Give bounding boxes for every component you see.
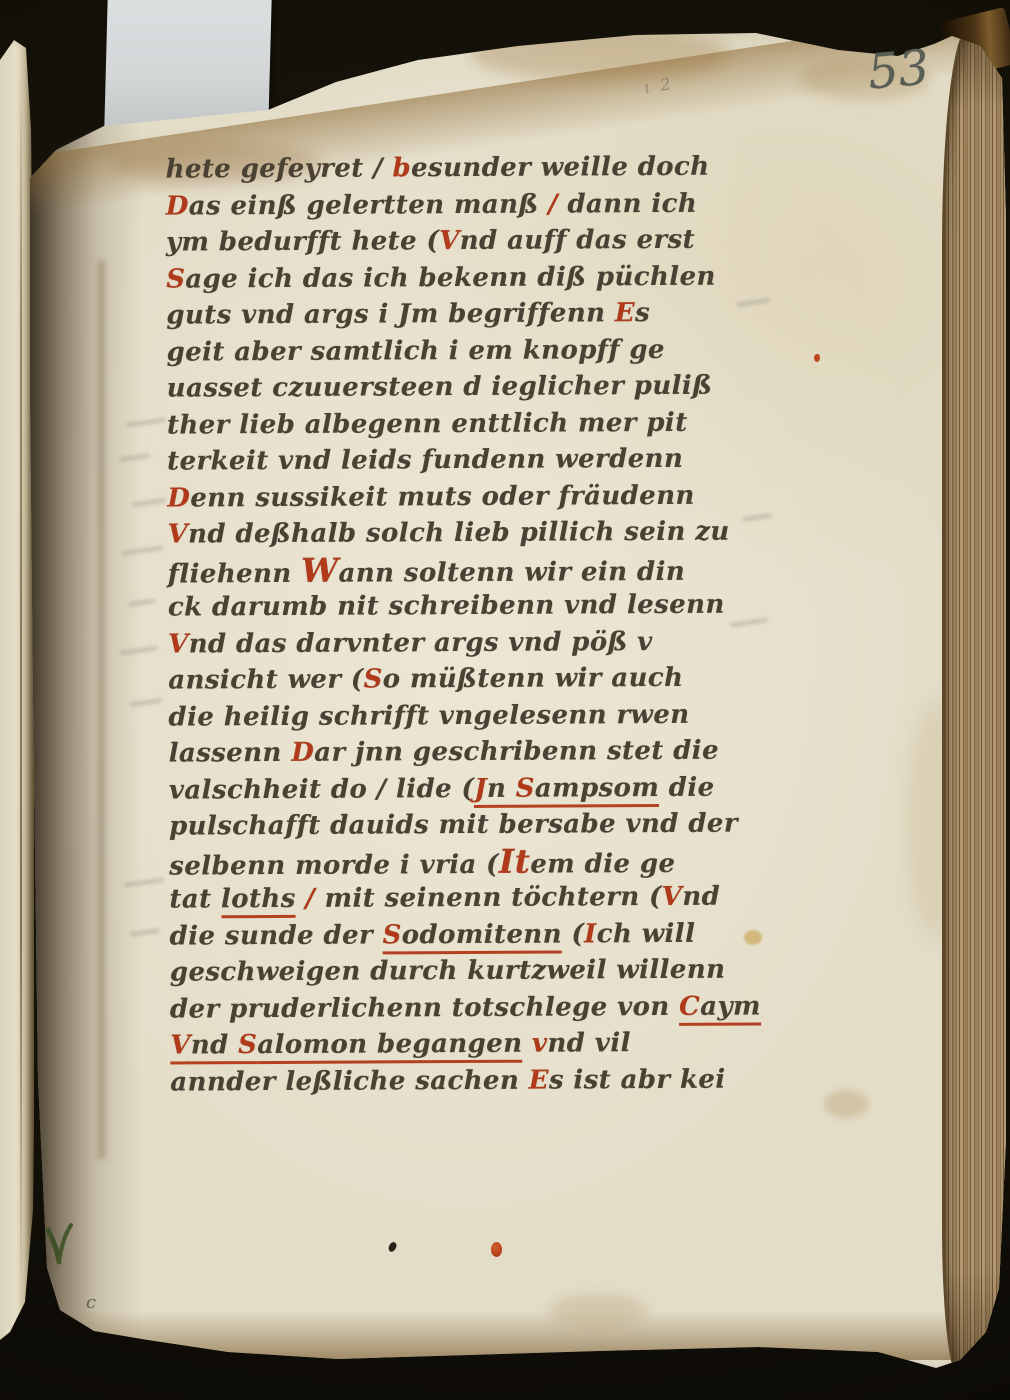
rubricated-text: E (529, 1065, 549, 1095)
ink-text: dann ich (558, 188, 697, 219)
manuscript-line: ym bedurfft hete (Vnd auff das erst (166, 221, 756, 261)
faint-margin-mark: ı 2 (643, 74, 675, 97)
ink-text: ansicht wer ( (168, 665, 363, 696)
manuscript-line: selbenn morde i vria (Item die ge (169, 842, 759, 882)
manuscript-line: guts vnd args i Jm begriffenn Es (166, 294, 756, 334)
ink-text: s (635, 298, 650, 328)
ink-text: nd deßhalb solch lieb pillich sein zu (188, 517, 730, 550)
manuscript-line: die heilig schrifft vngelesenn rwen (168, 696, 758, 736)
ink-text: nd vil (547, 1028, 631, 1058)
ink-text: selbenn morde i vria ( (169, 849, 499, 881)
ink-text: annder leßliche sachen (170, 1065, 528, 1097)
red-underlined-text: J (474, 773, 487, 807)
rubricated-text: / (548, 189, 558, 219)
ink-text: tat (169, 884, 221, 914)
ink-text: ck darumb nit schreibenn vnd lesenn (168, 590, 725, 623)
manuscript-line: hete gefeyret / besunder weille doch (166, 148, 756, 188)
manuscript-line: der pruderlichenn totschlege von Caym (170, 988, 760, 1028)
gutter-crease (98, 260, 105, 1160)
manuscript-line: ck darumb nit schreibenn vnd lesenn (168, 586, 758, 626)
ink-text: uasset czuuersteen d ieglicher puliß (167, 371, 713, 404)
red-underlined-text: odomitenn (402, 919, 562, 954)
manuscript-line: tat loths / mit seinenn töchtern (Vnd (169, 878, 759, 918)
ink-text: fliehenn (168, 558, 302, 589)
ink-text: geit aber samtlich i em knopff ge (166, 334, 664, 367)
manuscript-line: terkeit vnd leids fundenn werdenn (167, 440, 757, 480)
manuscript-line: Vnd deßhalb solch lieb pillich sein zu (167, 513, 757, 553)
rubricated-text: E (615, 298, 635, 328)
ink-text: as einß gelertten manß (189, 189, 548, 221)
ink-text: die (659, 772, 714, 802)
red-underlined-text: S (516, 773, 535, 807)
ink-text: ar jnn geschribenn stet die (314, 736, 719, 768)
ink-text: pulschafft dauids mit bersabe vnd der (169, 809, 738, 842)
manuscript-line: Das einß gelertten manß / dann ich (166, 185, 756, 225)
manuscript-line: Sage ich das ich bekenn diß püchlen (166, 258, 756, 298)
manuscript-line: lassenn Dar jnn geschribenn stet die (169, 732, 759, 772)
parchment-stain (824, 1090, 868, 1118)
ink-text: ann soltenn wir ein din (339, 556, 686, 588)
ink-text: valschheit do / lide ( (169, 773, 474, 805)
rubricated-text: V (439, 226, 460, 256)
green-pen-mark (44, 1222, 74, 1266)
red-underlined-text: ampsom (535, 772, 660, 807)
manuscript-line: ansicht wer (So müßtenn wir auch (168, 659, 758, 699)
manuscript-line: Denn sussikeit muts oder fräudenn (167, 477, 757, 517)
ink-text: terkeit vnd leids fundenn werdenn (167, 444, 683, 477)
ink-text: s ist abr kei (549, 1064, 726, 1095)
folio-number: 53 (866, 39, 932, 100)
red-ink-speck (814, 354, 820, 362)
ink-text: guts vnd args i Jm begriffenn (166, 298, 615, 330)
ink-text (296, 884, 306, 914)
manuscript-line: Vnd Salomon begangen vnd vil (170, 1024, 760, 1064)
ink-text: ch will (597, 918, 696, 949)
ink-text: geschweigen durch kurtzweil willenn (170, 955, 726, 988)
manuscript-line: geit aber samtlich i em knopff ge (166, 331, 756, 371)
manuscript-line: annder leßliche sachen Es ist abr kei (170, 1061, 760, 1101)
rubricated-text: V (662, 882, 683, 912)
ink-text: nd auff das erst (460, 225, 695, 256)
ink-text: esunder weille doch (411, 152, 710, 184)
red-underlined-text: aym (700, 991, 761, 1025)
manuscript-text: hete gefeyret / besunder weille dochDas … (166, 148, 761, 1100)
rubricated-text: S (166, 264, 185, 294)
red-underlined-text: n (487, 773, 516, 807)
ink-text: der pruderlichenn totschlege von (170, 991, 679, 1024)
ink-text: hete gefeyret / (166, 153, 393, 184)
red-underlined-text: S (238, 1030, 257, 1064)
ink-text: die heilig schrifft vngelesenn rwen (168, 699, 689, 732)
manuscript-line: fliehenn Wann soltenn wir ein din (168, 550, 758, 590)
bottom-margin-mark: c (86, 1292, 96, 1313)
ink-text: em die ge (530, 848, 675, 879)
ink-text: mit seinenn töchtern ( (315, 882, 662, 914)
rubricated-text: v (532, 1029, 548, 1059)
parchment-stain (470, 28, 730, 80)
red-underlined-text: V (170, 1030, 191, 1064)
manuscript-line: ther lieb albegenn enttlich mer pit (167, 404, 757, 444)
rubricated-text: It (499, 841, 531, 880)
rubricated-text: D (166, 191, 189, 221)
ink-text: enn sussikeit muts oder fräudenn (190, 480, 695, 513)
red-underlined-text: alomon begangen (257, 1029, 522, 1064)
manuscript-photo: hete gefeyret / besunder weille dochDas … (0, 0, 1010, 1400)
red-underlined-text: nd (191, 1030, 239, 1064)
rubricated-text: S (363, 664, 382, 694)
manuscript-line: pulschafft dauids mit bersabe vnd der (169, 805, 759, 845)
manuscript-line: die sunde der Sodomitenn (Ich will (170, 915, 760, 955)
red-wax-dot (491, 1242, 502, 1257)
ink-text: age ich das ich bekenn diß püchlen (185, 261, 716, 294)
rubricated-text: D (167, 483, 190, 513)
ink-text: ( (562, 919, 584, 949)
ink-text: ym bedurfft hete ( (166, 226, 439, 257)
rubricated-text: b (392, 153, 411, 183)
ink-text: ther lieb albegenn enttlich mer pit (167, 407, 688, 440)
ink-text: lassenn (169, 738, 292, 769)
ink-text: die sunde der (170, 920, 383, 951)
manuscript-line: valschheit do / lide (Jn Sampsom die (169, 769, 759, 809)
rubricated-text: / (305, 884, 315, 914)
red-underlined-text: loths (221, 884, 296, 918)
rubricated-text: I (584, 919, 597, 949)
rubricated-text: V (168, 629, 189, 659)
ink-text: o müßtenn wir auch (383, 663, 684, 695)
rubricated-text: D (291, 738, 314, 768)
red-underlined-text: S (382, 920, 401, 954)
rubricated-text: V (167, 519, 188, 549)
manuscript-line: Vnd das darvnter args vnd pöß v (168, 623, 758, 663)
parchment-stain (548, 1294, 648, 1326)
ink-text: nd das darvnter args vnd pöß v (189, 627, 653, 659)
page-bottom-edge-shading (36, 1302, 1004, 1360)
fore-edge-page-stack (942, 28, 1010, 1376)
paper-tab (104, 0, 271, 126)
manuscript-line: uasset czuuersteen d ieglicher puliß (167, 367, 757, 407)
facing-page-edge (0, 40, 34, 1342)
ink-text: nd (682, 882, 720, 912)
ink-text (522, 1029, 532, 1059)
red-underlined-text: C (679, 991, 700, 1025)
rubricated-text: W (301, 550, 339, 589)
manuscript-line: geschweigen durch kurtzweil willenn (170, 951, 760, 991)
